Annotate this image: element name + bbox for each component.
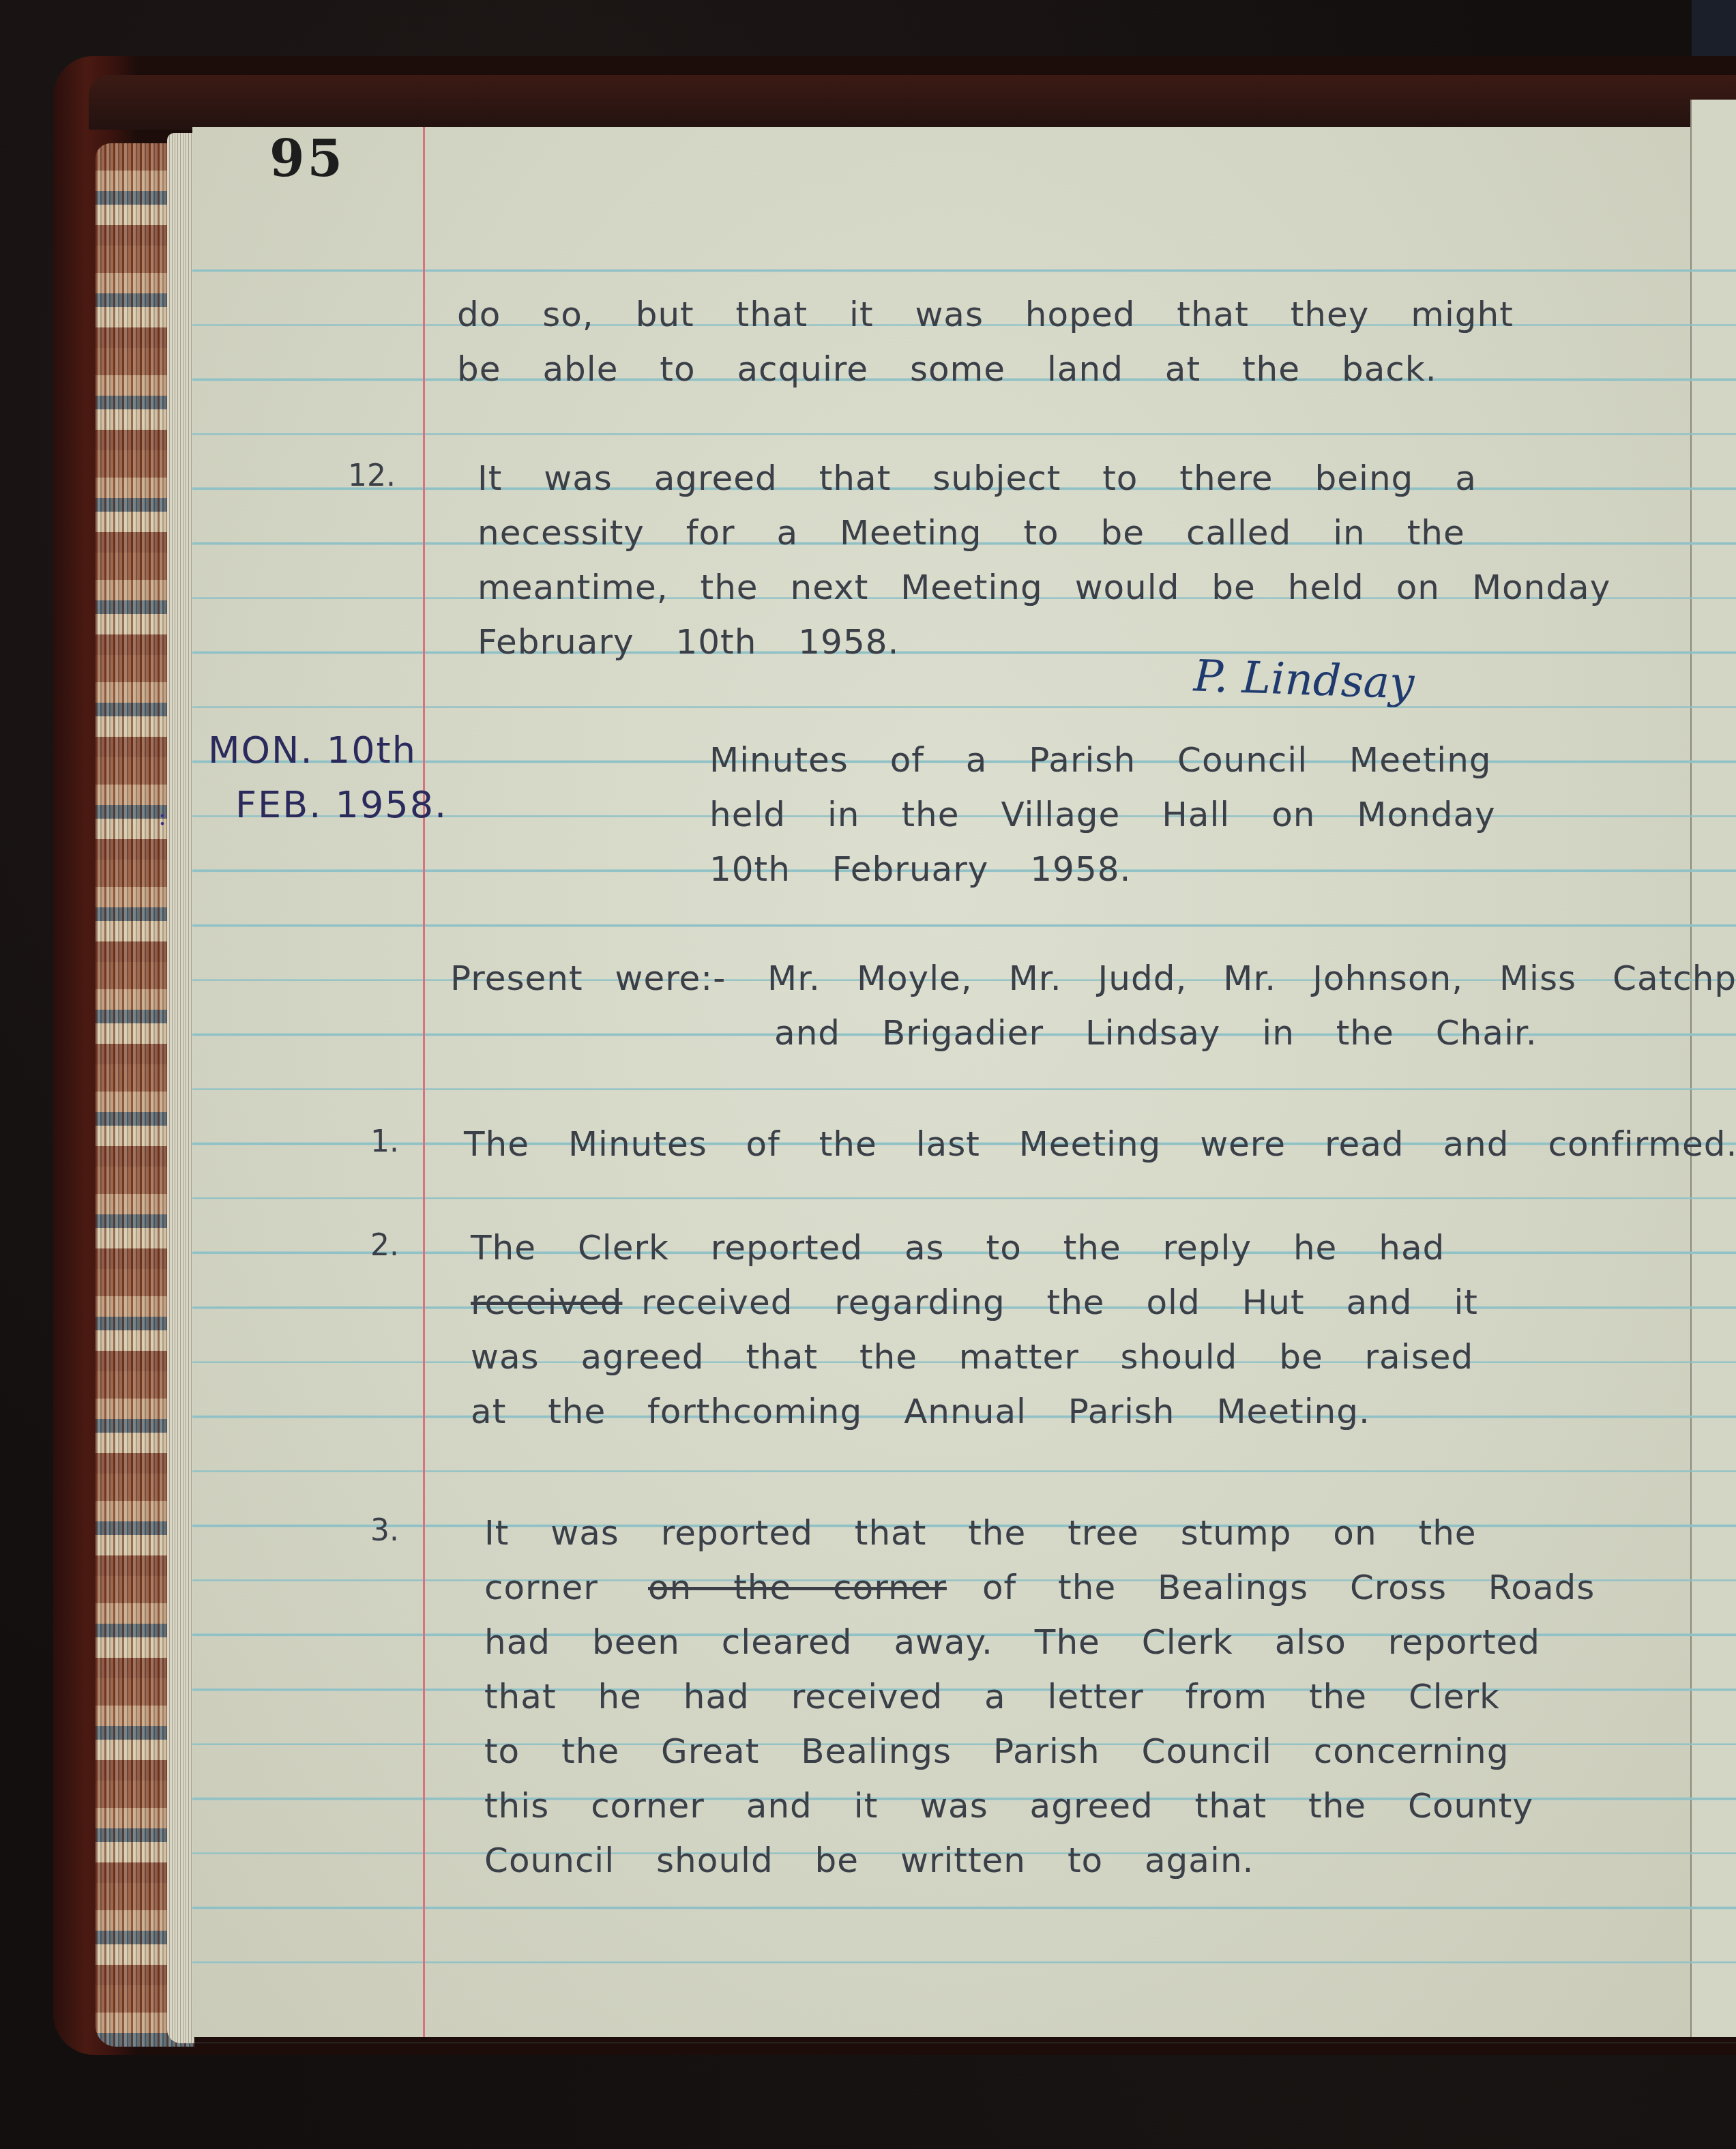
item-2-line-4: at the forthcoming Annual Parish Meeting… [471, 1392, 1370, 1431]
meeting-title-line-1: Minutes of a Parish Council Meeting [709, 740, 1492, 780]
item-2-line-2: received regarding the old Hut and it [641, 1283, 1478, 1322]
page-stack [167, 133, 194, 2043]
chairman-signature: P. Lindsay [1193, 651, 1415, 709]
item-number-3: 3. [344, 1513, 399, 1548]
red-margin-rule [423, 127, 425, 2037]
item-12-line-2: necessity for a Meeting to be called in … [477, 513, 1465, 553]
item-12-line-4: February 10th 1958. [477, 622, 899, 662]
item-3-line-6: this corner and it was agreed that the C… [484, 1786, 1533, 1826]
item-1-line-1: The Minutes of the last Meeting were rea… [464, 1124, 1736, 1164]
item-3-line-2b: of the Bealings Cross Roads [982, 1568, 1595, 1607]
meeting-title-line-3: 10th February 1958. [709, 849, 1131, 889]
item-3-line-5: to the Great Bealings Parish Council con… [484, 1731, 1509, 1771]
attendance-label: Present were:- [450, 959, 726, 998]
margin-date-line-2: FEB. 1958. [235, 783, 447, 826]
attendance-line-2: and Brigadier Lindsay in the Chair. [774, 1013, 1538, 1053]
margin-date-line-1: MON. 10th [208, 729, 417, 772]
continued-line-1: do so, but that it was hoped that they m… [457, 295, 1514, 334]
item-number-1: 1. [344, 1124, 399, 1159]
attendance-line-1: Mr. Moyle, Mr. Judd, Mr. Johnson, Miss C… [767, 959, 1736, 998]
item-3-struck-phrase: on the corner [648, 1568, 947, 1607]
item-3-line-1: It was reported that the tree stump on t… [484, 1513, 1477, 1553]
continued-line-2: be able to acquire some land at the back… [457, 349, 1437, 389]
item-2-line-3: was agreed that the matter should be rai… [471, 1337, 1473, 1377]
item-2-struck-word: received [471, 1283, 622, 1322]
item-number-12: 12. [341, 458, 396, 493]
item-12-line-3: meantime, the next Meeting would be held… [477, 568, 1610, 607]
item-12-line-1: It was agreed that subject to there bein… [477, 458, 1477, 498]
item-number-2: 2. [344, 1228, 399, 1263]
item-3-line-7: Council should be written to again. [484, 1841, 1254, 1880]
item-3-line-4: that he had received a letter from the C… [484, 1677, 1500, 1716]
page-number: 95 [269, 130, 345, 188]
item-2-line-1: The Clerk reported as to the reply he ha… [471, 1228, 1445, 1268]
item-3-line-2a: corner [484, 1568, 598, 1607]
meeting-title-line-2: held in the Village Hall on Monday [709, 795, 1496, 834]
book-cover-top-edge [89, 75, 1736, 130]
ink-mark: : [158, 810, 164, 831]
item-3-line-3: had been cleared away. The Clerk also re… [484, 1622, 1540, 1662]
